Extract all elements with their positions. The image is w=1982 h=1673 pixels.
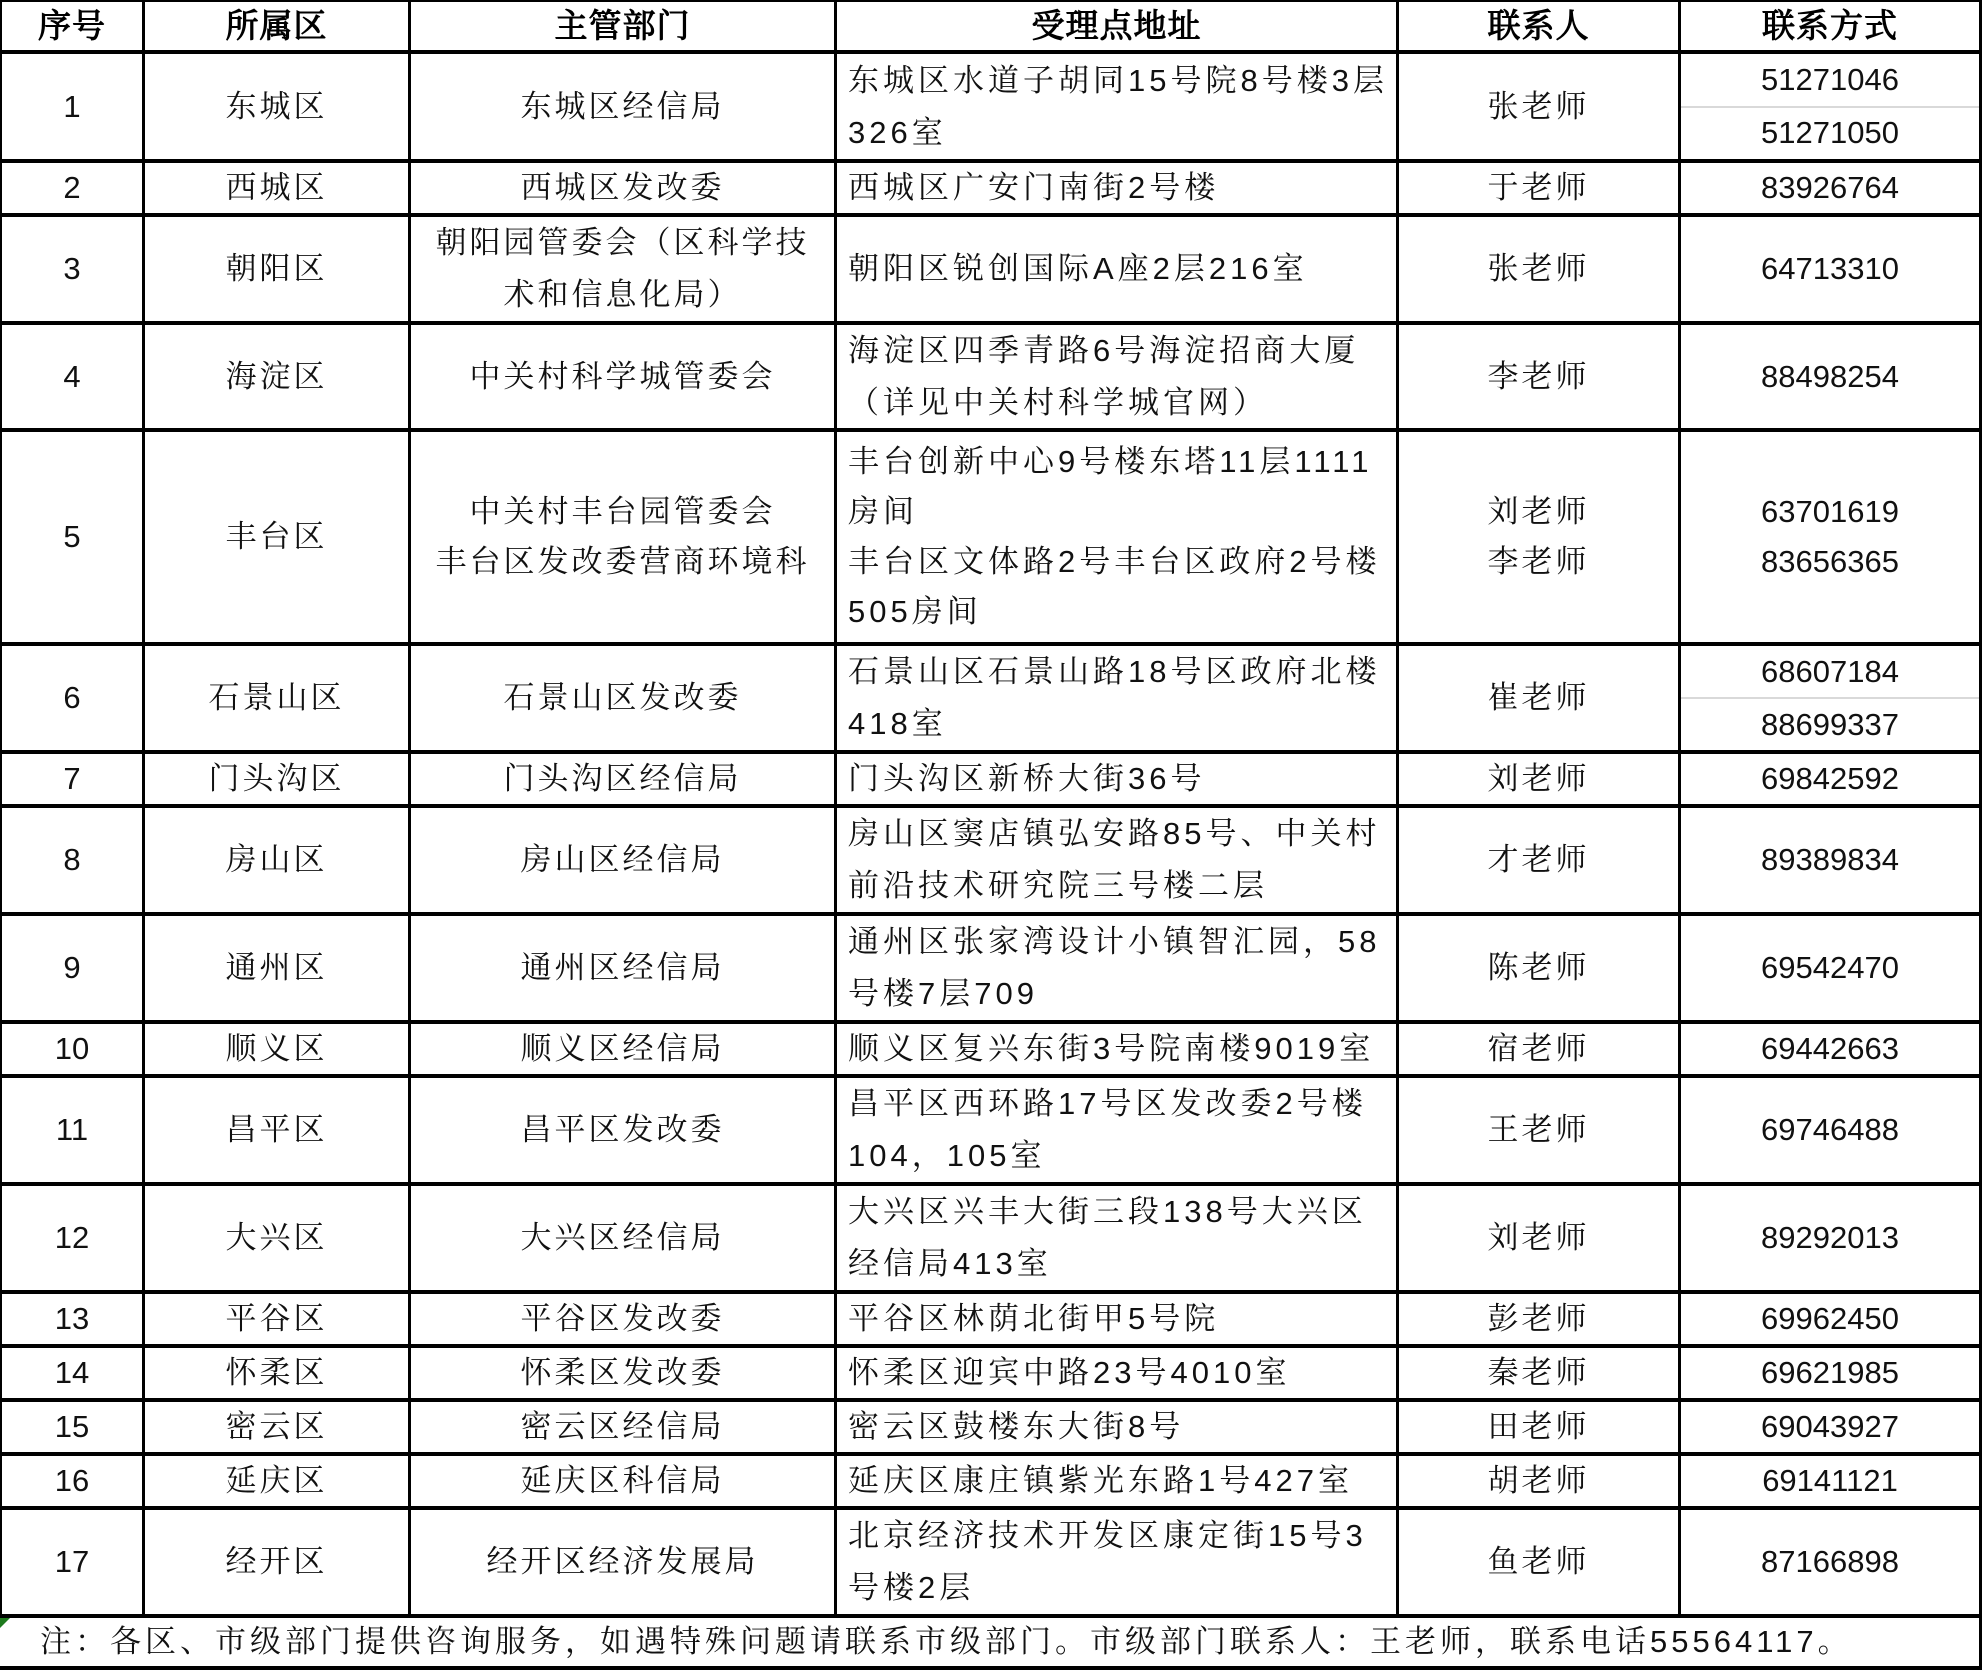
cell-index: 6 xyxy=(2,646,142,750)
phone-number: 51271046 xyxy=(1761,62,1899,98)
cell-district: 朝阳区 xyxy=(145,217,408,321)
phone-number: 88498254 xyxy=(1761,351,1899,403)
phone-number: 51271050 xyxy=(1761,115,1899,151)
row-number: 1 xyxy=(63,81,80,133)
cell-phone: 88498254 xyxy=(1681,325,1979,428)
department-line: 顺义区经信局 xyxy=(521,1023,725,1075)
contact-name: 田老师 xyxy=(1488,1401,1590,1453)
phone-number: 69621985 xyxy=(1761,1347,1899,1399)
contact-name: 宿老师 xyxy=(1488,1023,1590,1075)
phone-number: 64713310 xyxy=(1761,243,1899,295)
row-number: 16 xyxy=(55,1455,89,1507)
contact-name: 鱼老师 xyxy=(1488,1536,1590,1588)
department-line: 中关村丰台园管委会 xyxy=(470,487,776,537)
address-line: 门头沟区新桥大街36号 xyxy=(848,753,1205,805)
department-line: 石景山区发改委 xyxy=(504,672,742,724)
address-line: 海淀区四季青路6号海淀招商大厦 xyxy=(848,325,1359,377)
cell-address: 平谷区林荫北街甲5号院 xyxy=(837,1294,1396,1344)
address-line: 418室 xyxy=(848,698,947,750)
contact-table-sheet: 序号 所属区 主管部门 受理点地址 联系人 联系方式 1 东城区 东城区经信局 … xyxy=(0,0,1982,1673)
address-line: 延庆区康庄镇紫光东路1号427室 xyxy=(848,1455,1353,1507)
phone-number: 69842592 xyxy=(1761,753,1899,805)
department-line: 大兴区经信局 xyxy=(521,1212,725,1264)
contact-name: 陈老师 xyxy=(1488,942,1590,994)
cell-district: 密云区 xyxy=(145,1402,408,1452)
cell-index: 11 xyxy=(2,1078,142,1182)
contact-name: 秦老师 xyxy=(1488,1347,1590,1399)
department-line: 平谷区发改委 xyxy=(521,1293,725,1345)
cell-department: 昌平区发改委 xyxy=(411,1078,834,1182)
cell-contact: 秦老师 xyxy=(1399,1348,1678,1398)
cell-phone: 51271046 51271050 xyxy=(1681,54,1979,159)
row-number: 8 xyxy=(63,834,80,886)
department-line: 朝阳园管委会（区科学技 xyxy=(436,217,810,269)
cell-department: 西城区发改委 xyxy=(411,163,834,213)
phone-number: 69043927 xyxy=(1761,1401,1899,1453)
cell-contact: 李老师 xyxy=(1399,325,1678,428)
cell-address: 东城区水道子胡同15号院8号楼3层326室 xyxy=(837,54,1396,159)
cell-index: 14 xyxy=(2,1348,142,1398)
cell-phone: 68607184 88699337 xyxy=(1681,646,1979,750)
address-line: 丰台创新中心9号楼东塔11层1111 xyxy=(848,437,1372,487)
department-line: 通州区经信局 xyxy=(521,942,725,994)
footnote-cell: 注：各区、市级部门提供咨询服务，如遇特殊问题请联系市级部门。市级部门联系人：王老… xyxy=(0,1618,1979,1666)
address-line: 顺义区复兴东街3号院南楼9019室 xyxy=(848,1023,1374,1075)
cell-district: 石景山区 xyxy=(145,646,408,750)
cell-phone: 89389834 xyxy=(1681,808,1979,912)
cell-address: 密云区鼓楼东大街8号 xyxy=(837,1402,1396,1452)
cell-contact: 才老师 xyxy=(1399,808,1678,912)
address-line: 东城区水道子胡同15号院8号楼3层 xyxy=(848,55,1388,107)
cell-index: 16 xyxy=(2,1456,142,1506)
header-label: 联系人 xyxy=(1488,0,1590,52)
contact-name: 李老师 xyxy=(1488,351,1590,403)
header-label: 联系方式 xyxy=(1762,0,1898,52)
cell-contact: 田老师 xyxy=(1399,1402,1678,1452)
contact-name: 刘老师 xyxy=(1488,487,1590,537)
cell-phone: 69746488 xyxy=(1681,1078,1979,1182)
district-name: 密云区 xyxy=(226,1401,328,1453)
row-number: 12 xyxy=(55,1212,89,1264)
cell-address: 海淀区四季青路6号海淀招商大厦（详见中关村科学城官网） xyxy=(837,325,1396,428)
cell-index: 9 xyxy=(2,916,142,1020)
cell-phone: 69542470 xyxy=(1681,916,1979,1020)
footnote-text: 注：各区、市级部门提供咨询服务，如遇特殊问题请联系市级部门。市级部门联系人：王老… xyxy=(40,1616,1853,1668)
phone-number: 69542470 xyxy=(1761,942,1899,994)
department-line: 中关村科学城管委会 xyxy=(470,351,776,403)
phone-subcell: 51271046 xyxy=(1681,54,1979,108)
contact-name: 刘老师 xyxy=(1488,753,1590,805)
district-name: 通州区 xyxy=(226,942,328,994)
contact-name: 胡老师 xyxy=(1488,1455,1590,1507)
district-name: 顺义区 xyxy=(226,1023,328,1075)
cell-phone: 69621985 xyxy=(1681,1348,1979,1398)
cell-contact: 张老师 xyxy=(1399,217,1678,321)
district-name: 平谷区 xyxy=(226,1293,328,1345)
cell-district: 大兴区 xyxy=(145,1186,408,1290)
cell-index: 17 xyxy=(2,1510,142,1614)
address-line: 昌平区西环路17号区发改委2号楼 xyxy=(848,1078,1367,1130)
cell-contact: 刘老师 xyxy=(1399,754,1678,804)
cell-district: 昌平区 xyxy=(145,1078,408,1182)
cell-department: 密云区经信局 xyxy=(411,1402,834,1452)
address-line: 朝阳区锐创国际A座2层216室 xyxy=(848,243,1308,295)
cell-index: 4 xyxy=(2,325,142,428)
row-number: 4 xyxy=(63,351,80,403)
cell-district: 顺义区 xyxy=(145,1024,408,1074)
cell-department: 延庆区科信局 xyxy=(411,1456,834,1506)
cell-address: 昌平区西环路17号区发改委2号楼104，105室 xyxy=(837,1078,1396,1182)
cell-index: 3 xyxy=(2,217,142,321)
address-line: 西城区广安门南街2号楼 xyxy=(848,162,1219,214)
cell-department: 经开区经济发展局 xyxy=(411,1510,834,1614)
cell-department: 大兴区经信局 xyxy=(411,1186,834,1290)
row-number: 9 xyxy=(63,942,80,994)
header-phone: 联系方式 xyxy=(1681,2,1979,50)
phone-number: 69141121 xyxy=(1762,1455,1898,1507)
contact-name: 彭老师 xyxy=(1488,1293,1590,1345)
address-line: 房山区窦店镇弘安路85号、中关村 xyxy=(848,808,1380,860)
cell-district: 怀柔区 xyxy=(145,1348,408,1398)
header-label: 受理点地址 xyxy=(1032,0,1202,52)
contact-name: 刘老师 xyxy=(1488,1212,1590,1264)
address-line: 北京经济技术开发区康定街15号3 xyxy=(848,1510,1367,1562)
cell-phone: 69842592 xyxy=(1681,754,1979,804)
cell-department: 怀柔区发改委 xyxy=(411,1348,834,1398)
district-name: 朝阳区 xyxy=(226,243,328,295)
cell-phone: 69043927 xyxy=(1681,1402,1979,1452)
department-line: 丰台区发改委营商环境科 xyxy=(436,537,810,587)
district-name: 昌平区 xyxy=(226,1104,328,1156)
department-line: 密云区经信局 xyxy=(521,1401,725,1453)
district-name: 大兴区 xyxy=(226,1212,328,1264)
cell-index: 5 xyxy=(2,432,142,642)
cell-address: 朝阳区锐创国际A座2层216室 xyxy=(837,217,1396,321)
cell-index: 2 xyxy=(2,163,142,213)
department-line: 经开区经济发展局 xyxy=(487,1536,759,1588)
phone-subcell: 51271050 xyxy=(1681,108,1979,160)
cell-department: 东城区经信局 xyxy=(411,54,834,159)
cell-phone: 83926764 xyxy=(1681,163,1979,213)
district-name: 石景山区 xyxy=(209,672,345,724)
row-number: 15 xyxy=(55,1401,89,1453)
header-label: 所属区 xyxy=(226,0,328,52)
address-line: 丰台区文体路2号丰台区政府2号楼 xyxy=(848,537,1380,587)
cell-department: 朝阳园管委会（区科学技术和信息化局） xyxy=(411,217,834,321)
header-address: 受理点地址 xyxy=(837,2,1396,50)
department-line: 延庆区科信局 xyxy=(521,1455,725,1507)
phone-number: 89389834 xyxy=(1761,834,1899,886)
cell-contact: 刘老师李老师 xyxy=(1399,432,1678,642)
cell-address: 房山区窦店镇弘安路85号、中关村前沿技术研究院三号楼二层 xyxy=(837,808,1396,912)
phone-number: 83656365 xyxy=(1761,537,1899,587)
address-line: 大兴区兴丰大街三段138号大兴区 xyxy=(848,1186,1367,1238)
department-line: 昌平区发改委 xyxy=(521,1104,725,1156)
row-number: 13 xyxy=(55,1293,89,1345)
address-line: 号楼7层709 xyxy=(848,968,1038,1020)
department-line: 术和信息化局） xyxy=(504,269,742,321)
cell-address: 门头沟区新桥大街36号 xyxy=(837,754,1396,804)
district-name: 丰台区 xyxy=(226,511,328,563)
phone-number: 63701619 xyxy=(1761,487,1899,537)
district-name: 东城区 xyxy=(226,81,328,133)
contact-name: 李老师 xyxy=(1488,537,1590,587)
phone-subcell: 68607184 xyxy=(1681,646,1979,699)
cell-contact: 彭老师 xyxy=(1399,1294,1678,1344)
cell-address: 丰台创新中心9号楼东塔11层1111房间丰台区文体路2号丰台区政府2号楼505房… xyxy=(837,432,1396,642)
address-line: 104，105室 xyxy=(848,1130,1045,1182)
cell-address: 大兴区兴丰大街三段138号大兴区经信局413室 xyxy=(837,1186,1396,1290)
cell-phone: 87166898 xyxy=(1681,1510,1979,1614)
cell-district: 延庆区 xyxy=(145,1456,408,1506)
contact-name: 张老师 xyxy=(1488,81,1590,133)
cell-district: 西城区 xyxy=(145,163,408,213)
cell-district: 平谷区 xyxy=(145,1294,408,1344)
cell-district: 海淀区 xyxy=(145,325,408,428)
row-number: 14 xyxy=(55,1347,89,1399)
cell-department: 房山区经信局 xyxy=(411,808,834,912)
row-number: 6 xyxy=(63,672,80,724)
cell-department: 中关村科学城管委会 xyxy=(411,325,834,428)
cell-department: 平谷区发改委 xyxy=(411,1294,834,1344)
district-name: 海淀区 xyxy=(226,351,328,403)
cell-contact: 张老师 xyxy=(1399,54,1678,159)
cell-address: 延庆区康庄镇紫光东路1号427室 xyxy=(837,1456,1396,1506)
department-line: 门头沟区经信局 xyxy=(504,753,742,805)
cell-index: 8 xyxy=(2,808,142,912)
header-district: 所属区 xyxy=(145,2,408,50)
district-name: 房山区 xyxy=(226,834,328,886)
header-department: 主管部门 xyxy=(411,2,834,50)
error-indicator-icon xyxy=(0,1618,10,1628)
cell-address: 石景山区石景山路18号区政府北楼418室 xyxy=(837,646,1396,750)
contact-table: 序号 所属区 主管部门 受理点地址 联系人 联系方式 1 东城区 东城区经信局 … xyxy=(0,0,1982,1670)
cell-address: 通州区张家湾设计小镇智汇园，58号楼7层709 xyxy=(837,916,1396,1020)
address-line: 房间 xyxy=(848,487,918,537)
phone-number: 87166898 xyxy=(1761,1536,1899,1588)
phone-number: 88699337 xyxy=(1761,707,1899,743)
contact-name: 张老师 xyxy=(1488,243,1590,295)
cell-district: 通州区 xyxy=(145,916,408,1020)
phone-number: 89292013 xyxy=(1761,1212,1899,1264)
cell-district: 房山区 xyxy=(145,808,408,912)
cell-contact: 于老师 xyxy=(1399,163,1678,213)
district-name: 经开区 xyxy=(226,1536,328,1588)
address-line: 密云区鼓楼东大街8号 xyxy=(848,1401,1184,1453)
phone-number: 69746488 xyxy=(1761,1104,1899,1156)
cell-address: 西城区广安门南街2号楼 xyxy=(837,163,1396,213)
cell-district: 东城区 xyxy=(145,54,408,159)
cell-district: 经开区 xyxy=(145,1510,408,1614)
phone-number: 83926764 xyxy=(1761,162,1899,214)
cell-index: 10 xyxy=(2,1024,142,1074)
cell-district: 门头沟区 xyxy=(145,754,408,804)
cell-phone: 69141121 xyxy=(1681,1456,1979,1506)
contact-name: 王老师 xyxy=(1488,1104,1590,1156)
district-name: 延庆区 xyxy=(226,1455,328,1507)
cell-department: 中关村丰台园管委会丰台区发改委营商环境科 xyxy=(411,432,834,642)
row-number: 11 xyxy=(56,1104,88,1156)
phone-number: 69442663 xyxy=(1761,1023,1899,1075)
cell-index: 7 xyxy=(2,754,142,804)
phone-subcell: 88699337 xyxy=(1681,699,1979,750)
contact-name: 才老师 xyxy=(1488,834,1590,886)
address-line: 号楼2层 xyxy=(848,1562,974,1614)
cell-phone: 69962450 xyxy=(1681,1294,1979,1344)
cell-index: 1 xyxy=(2,54,142,159)
address-line: （详见中关村科学城官网） xyxy=(848,377,1268,429)
header-label: 序号 xyxy=(38,0,106,52)
address-line: 通州区张家湾设计小镇智汇园，58 xyxy=(848,916,1380,968)
district-name: 西城区 xyxy=(226,162,328,214)
contact-name: 于老师 xyxy=(1488,162,1590,214)
cell-district: 丰台区 xyxy=(145,432,408,642)
department-line: 东城区经信局 xyxy=(521,81,725,133)
cell-department: 石景山区发改委 xyxy=(411,646,834,750)
cell-index: 12 xyxy=(2,1186,142,1290)
department-line: 西城区发改委 xyxy=(521,162,725,214)
cell-contact: 刘老师 xyxy=(1399,1186,1678,1290)
address-line: 326室 xyxy=(848,107,947,159)
row-number: 3 xyxy=(63,243,80,295)
row-number: 7 xyxy=(63,753,80,805)
address-line: 怀柔区迎宾中路23号4010室 xyxy=(848,1347,1290,1399)
cell-contact: 陈老师 xyxy=(1399,916,1678,1020)
phone-number: 69962450 xyxy=(1761,1293,1899,1345)
row-number: 17 xyxy=(55,1536,89,1588)
cell-phone: 69442663 xyxy=(1681,1024,1979,1074)
address-line: 平谷区林荫北街甲5号院 xyxy=(848,1293,1219,1345)
row-number: 10 xyxy=(55,1023,89,1075)
address-line: 前沿技术研究院三号楼二层 xyxy=(848,860,1268,912)
cell-contact: 胡老师 xyxy=(1399,1456,1678,1506)
address-line: 石景山区石景山路18号区政府北楼 xyxy=(848,646,1380,698)
contact-name: 崔老师 xyxy=(1488,672,1590,724)
header-contact: 联系人 xyxy=(1399,2,1678,50)
cell-department: 顺义区经信局 xyxy=(411,1024,834,1074)
cell-phone: 89292013 xyxy=(1681,1186,1979,1290)
cell-phone: 6370161983656365 xyxy=(1681,432,1979,642)
row-number: 5 xyxy=(63,511,80,563)
department-line: 房山区经信局 xyxy=(521,834,725,886)
cell-index: 13 xyxy=(2,1294,142,1344)
cell-contact: 鱼老师 xyxy=(1399,1510,1678,1614)
district-name: 门头沟区 xyxy=(209,753,345,805)
cell-contact: 宿老师 xyxy=(1399,1024,1678,1074)
header-index: 序号 xyxy=(2,2,142,50)
department-line: 怀柔区发改委 xyxy=(521,1347,725,1399)
header-label: 主管部门 xyxy=(555,0,691,52)
cell-department: 门头沟区经信局 xyxy=(411,754,834,804)
cell-phone: 64713310 xyxy=(1681,217,1979,321)
cell-contact: 崔老师 xyxy=(1399,646,1678,750)
cell-department: 通州区经信局 xyxy=(411,916,834,1020)
cell-address: 北京经济技术开发区康定街15号3号楼2层 xyxy=(837,1510,1396,1614)
cell-address: 怀柔区迎宾中路23号4010室 xyxy=(837,1348,1396,1398)
phone-number: 68607184 xyxy=(1761,654,1899,690)
address-line: 经信局413室 xyxy=(848,1238,1052,1290)
address-line: 505房间 xyxy=(848,587,982,637)
cell-index: 15 xyxy=(2,1402,142,1452)
cell-address: 顺义区复兴东街3号院南楼9019室 xyxy=(837,1024,1396,1074)
district-name: 怀柔区 xyxy=(226,1347,328,1399)
row-number: 2 xyxy=(63,162,80,214)
cell-contact: 王老师 xyxy=(1399,1078,1678,1182)
